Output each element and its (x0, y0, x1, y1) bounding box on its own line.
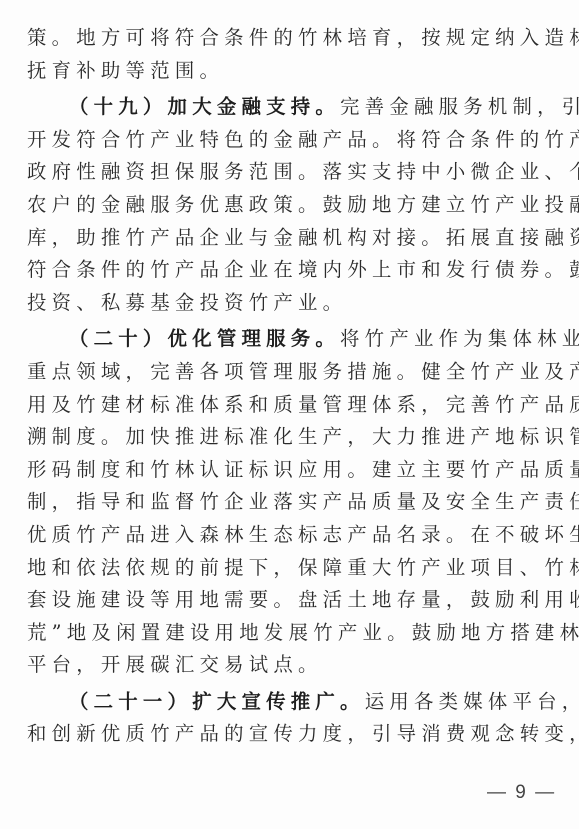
text-line: 库，助推竹产品企业与金融机构对接。拓展直接融资渠道，支持 (27, 222, 553, 255)
text-line: 平台，开展碳汇交易试点。 (27, 649, 553, 682)
text-line: 符合条件的竹产品企业在境内外上市和发行债券。鼓励各类创业 (27, 254, 553, 287)
text-line: 策。地方可将符合条件的竹林培育，按规定纳入造林补助、森林 (27, 22, 553, 55)
text-line: 农户的金融服务优惠政策。鼓励地方建立竹产业投融资项目储备 (27, 189, 553, 222)
text-line: 地和依法依规的前提下，保障重大竹产业项目、竹林生产经营配 (27, 552, 553, 585)
text-span: 运用各类媒体平台，加大竹产业 (365, 690, 579, 713)
text-line: 和创新优质竹产品的宣传力度，引导消费观念转变，提高市场认 (27, 718, 553, 751)
text-line: 制，指导和监督竹企业落实产品质量及安全生产责任。优先支持 (27, 486, 553, 519)
text-line: 荒”地及闲置建设用地发展竹产业。鼓励地方搭建林竹碳汇交易 (27, 617, 553, 650)
paragraph-first-line: （十九）加大金融支持。完善金融服务机制，引导金融机构 (27, 91, 553, 124)
text-line: 开发符合竹产业特色的金融产品。将符合条件的竹产业贷款纳入 (27, 124, 553, 157)
text-line: 形码制度和竹林认证标识应用。建立主要竹产品质量安全抽检机 (27, 454, 553, 487)
text-line: 溯制度。加快推进标准化生产，大力推进产地标识管理、产地条 (27, 421, 553, 454)
section-heading: （十九）加大金融支持。 (69, 95, 340, 118)
text-line: 优质竹产品进入森林生态标志产品名录。在不破坏生态、保护耕 (27, 519, 553, 552)
text-line: 套设施建设等用地需要。盘活土地存量，鼓励利用收储农村“四 (27, 584, 553, 617)
section-heading: （二十一）扩大宣传推广。 (69, 690, 365, 713)
paragraph-first-line: （二十）优化管理服务。将竹产业作为集体林业改革发展的 (27, 323, 553, 356)
text-line: 重点领域，完善各项管理服务措施。健全竹产业及产品、全竹利 (27, 356, 553, 389)
paragraph-first-line: （二十一）扩大宣传推广。运用各类媒体平台，加大竹产业 (27, 686, 553, 719)
document-page: 策。地方可将符合条件的竹林培育，按规定纳入造林补助、森林 抚育补助等范围。 （十… (0, 0, 579, 829)
text-line: 抚育补助等范围。 (27, 55, 553, 88)
text-span: 完善金融服务机制，引导金融机构 (340, 95, 579, 118)
section-heading: （二十）优化管理服务。 (69, 327, 340, 350)
body-text: 策。地方可将符合条件的竹林培育，按规定纳入造林补助、森林 抚育补助等范围。 （十… (27, 22, 553, 751)
page-number: — 9 — (487, 782, 556, 804)
text-line: 政府性融资担保服务范围。落实支持中小微企业、个体工商户和 (27, 156, 553, 189)
text-line: 用及竹建材标准体系和质量管理体系，完善竹产品质量评价和追 (27, 389, 553, 422)
text-line: 投资、私募基金投资竹产业。 (27, 287, 553, 320)
text-span: 将竹产业作为集体林业改革发展的 (340, 327, 579, 350)
